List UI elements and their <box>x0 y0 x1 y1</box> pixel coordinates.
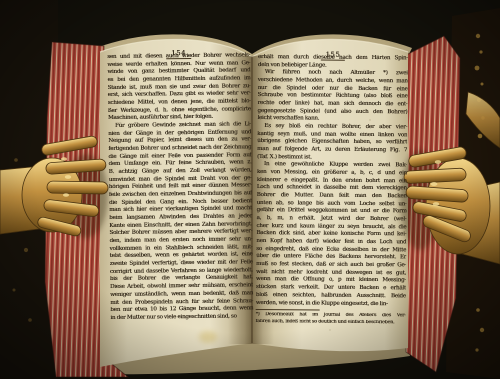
paragraph: Für gröbere Gewinde zeichnet man sich di… <box>108 121 253 322</box>
paragraph: In eine gewöhnliche Kluppe werden zwei B… <box>256 161 407 308</box>
book-page-left: 154 sen und mit diesen auch wieder Bohre… <box>107 39 253 322</box>
paragraph: sen und mit diesen auch wieder Bohrer we… <box>107 52 251 123</box>
page-body-right: erhält man durch dieselbe nach dem Härte… <box>256 54 408 308</box>
photo-antique-open-book: 154 sen und mit diesen auch wieder Bohre… <box>0 0 500 379</box>
footnote: *) Desormeaux hat im Journal des Atelier… <box>256 309 406 326</box>
text-line: werden, wie sonst, in die Kluppe eingese… <box>256 299 406 308</box>
footnote-text: *) Desormeaux hat im Journal des Atelier… <box>256 312 406 326</box>
paragraph: Wir führen noch nach Altmüller *) zweive… <box>257 69 407 124</box>
page-body-left: sen und mit diesen auch wieder Bohrer we… <box>107 52 253 322</box>
footnote-line: fahren auch, indeß nicht so deutlich und… <box>256 319 406 327</box>
book-page-right: 155 erhält man durch dieselbe nach dem H… <box>256 41 408 326</box>
page-header-right: 155 <box>258 41 408 55</box>
paragraph: Es sey bloß ein rechter Bohrer, der aber… <box>257 123 407 163</box>
paragraph: erhält man durch dieselbe nach dem Härte… <box>258 54 408 71</box>
footnote-rule <box>256 309 320 311</box>
